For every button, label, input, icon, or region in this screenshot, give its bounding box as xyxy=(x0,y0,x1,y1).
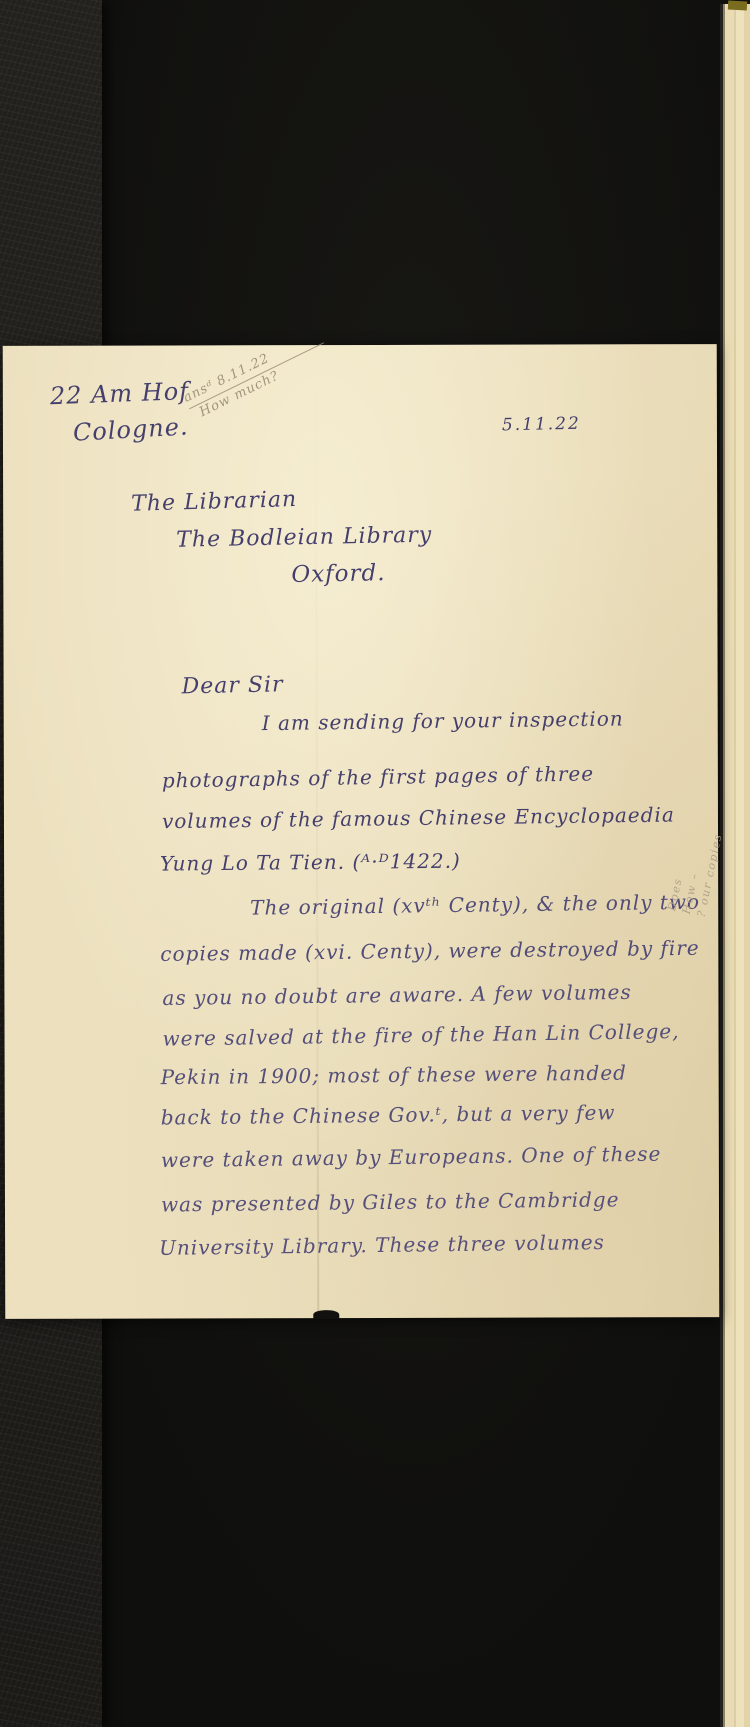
body-line: copies made (xvi. Centy), were destroyed… xyxy=(160,936,700,966)
recipient-line-3: Oxford. xyxy=(291,560,386,588)
body-line: The original (xvᵗʰ Centy), & the only tw… xyxy=(250,890,700,920)
handwritten-letter-page: 22 Am Hof Cologne. ansᵈ 8.11.22 How much… xyxy=(3,344,720,1319)
letter-date: 5.11.22 xyxy=(502,414,581,436)
body-line: Yung Lo Ta Tien. (ᴬ·ᴰ1422.) xyxy=(160,849,461,876)
body-line: was presented by Giles to the Cambridge xyxy=(161,1187,620,1216)
body-line: volumes of the famous Chinese Encyclopae… xyxy=(162,802,675,833)
sender-address-line-2: Cologne. xyxy=(72,412,189,446)
salutation: Dear Sir xyxy=(181,672,283,699)
body-line: I am sending for your inspection xyxy=(262,706,624,735)
paper-fold-line xyxy=(315,345,320,1318)
body-line: University Library. These three volumes xyxy=(159,1230,605,1260)
body-line: back to the Chinese Gov.ᵗ, but a very fe… xyxy=(161,1100,616,1129)
sender-address-line-1: 22 Am Hof xyxy=(49,377,189,410)
book-page-edge-strip xyxy=(720,4,750,1727)
body-line: were taken away by Europeans. One of the… xyxy=(161,1142,662,1173)
paper-bottom-notch xyxy=(313,1310,339,1319)
body-line: photographs of the first pages of three xyxy=(162,761,595,792)
body-line: Pekin in 1900; most of these were handed xyxy=(161,1061,628,1089)
recipient-line-1: The Librarian xyxy=(131,487,298,517)
book-cover-corner xyxy=(728,1,747,11)
recipient-line-2: The Bodleian Library xyxy=(176,523,432,553)
archival-photograph: 22 Am Hof Cologne. ansᵈ 8.11.22 How much… xyxy=(0,0,750,1727)
body-line: were salved at the fire of the Han Lin C… xyxy=(162,1019,679,1051)
body-line: as you no doubt are aware. A few volumes xyxy=(162,980,632,1010)
